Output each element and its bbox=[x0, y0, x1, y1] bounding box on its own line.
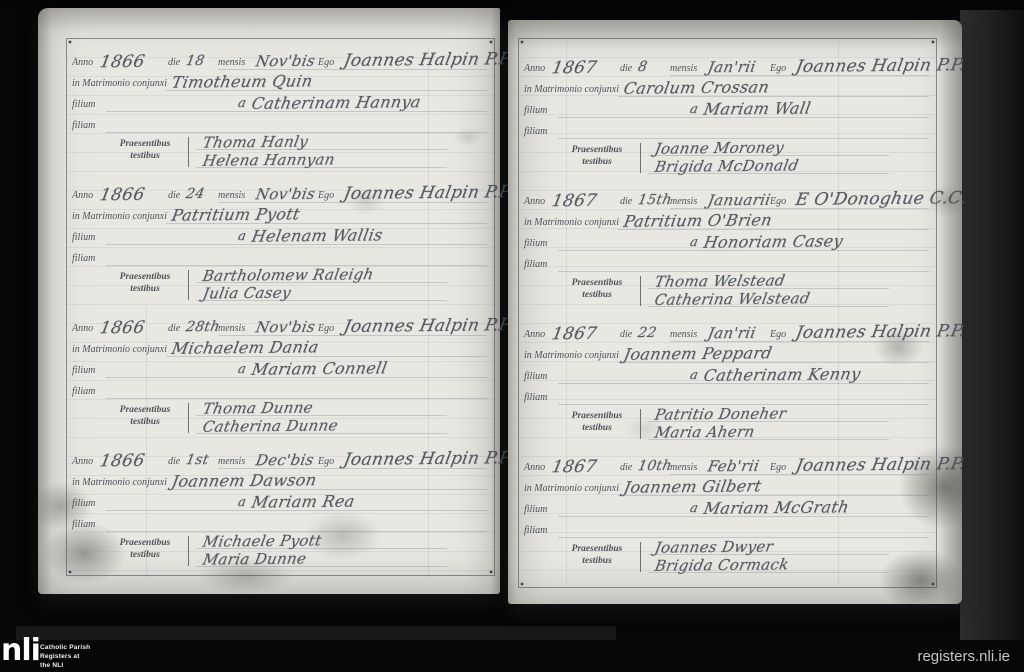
ruled-line bbox=[558, 537, 929, 538]
witness-brace bbox=[640, 409, 641, 439]
label-filium: filium bbox=[72, 498, 95, 509]
label-mensis: mensis bbox=[218, 456, 245, 467]
witness-brace bbox=[188, 403, 189, 433]
ruled-line bbox=[558, 138, 929, 139]
scanner-bed-band bbox=[960, 0, 1024, 640]
label-filium: filium bbox=[524, 504, 547, 515]
ruled-line bbox=[166, 356, 487, 357]
label-praesentibus: Praesentibus bbox=[572, 278, 623, 288]
label-in-matrimonio-conjunxi: in Matrimonio conjunxi bbox=[72, 211, 167, 222]
label-die: die bbox=[168, 57, 180, 68]
ruled-line bbox=[218, 335, 487, 336]
label-mensis: mensis bbox=[670, 196, 697, 207]
entry-day: 15th bbox=[638, 192, 672, 208]
entry-a: a bbox=[238, 362, 246, 377]
register-page-right: Anno 1867 die 8 mensis Jan'rii Ego Joann… bbox=[508, 20, 962, 604]
ruled-line bbox=[618, 229, 929, 230]
entry-groom: Patritium O'Brien bbox=[624, 211, 772, 230]
label-in-matrimonio-conjunxi: in Matrimonio conjunxi bbox=[524, 350, 619, 361]
ruled-line bbox=[648, 572, 889, 573]
label-filiam: filiam bbox=[72, 519, 95, 530]
ruled-line bbox=[618, 362, 929, 363]
entry-day: 10th bbox=[638, 458, 672, 474]
entry-groom: Patritium Pyott bbox=[172, 205, 300, 224]
ruled-line bbox=[106, 377, 487, 378]
entry-month: Dec'bis bbox=[256, 451, 314, 469]
ruled-line bbox=[618, 495, 929, 496]
ruled-line bbox=[648, 173, 889, 174]
entry-bride: Honoriam Casey bbox=[704, 232, 843, 251]
label-mensis: mensis bbox=[670, 462, 697, 473]
ruled-line bbox=[196, 282, 447, 283]
entry-a: a bbox=[690, 102, 698, 117]
entry-year: 1867 bbox=[552, 457, 596, 477]
nli-logo: nli bbox=[1, 637, 40, 665]
entry-groom: Joannem Dawson bbox=[172, 471, 316, 490]
ruled-line bbox=[196, 415, 447, 416]
entry-priest: E O'Donoghue C.C. bbox=[796, 189, 966, 209]
entry-year: 1867 bbox=[552, 191, 596, 211]
label-die: die bbox=[620, 63, 632, 74]
label-mensis: mensis bbox=[218, 57, 245, 68]
label-filiam: filiam bbox=[72, 120, 95, 131]
entry-year: 1866 bbox=[100, 318, 144, 338]
ruled-line bbox=[558, 516, 929, 517]
ruled-line bbox=[106, 132, 487, 133]
entry-bride: Mariam Connell bbox=[252, 359, 387, 378]
label-anno: Anno bbox=[524, 63, 545, 74]
ruled-line bbox=[166, 489, 487, 490]
ruled-line bbox=[670, 341, 929, 342]
entry-groom: Carolum Crossan bbox=[624, 78, 769, 97]
label-praesentibus-testibus: Praesentibus testibus bbox=[560, 410, 634, 435]
register-entry: Anno 1866 die 18 mensis Nov'bis Ego Joan… bbox=[70, 52, 491, 178]
ruled-line bbox=[648, 439, 889, 440]
entry-bride: Mariam Rea bbox=[252, 492, 355, 511]
label-in-matrimonio-conjunxi: in Matrimonio conjunxi bbox=[72, 477, 167, 488]
label-ego: Ego bbox=[318, 323, 334, 334]
label-filiam: filiam bbox=[524, 126, 547, 137]
witness-brace bbox=[188, 137, 189, 167]
register-entry: Anno 1867 die 10th mensis Feb'rii Ego Jo… bbox=[522, 457, 933, 583]
register-entry: Anno 1867 die 15th mensis Januarii Ego E… bbox=[522, 191, 933, 317]
ruled-line bbox=[106, 398, 487, 399]
label-filiam: filiam bbox=[524, 525, 547, 536]
label-in-matrimonio-conjunxi: in Matrimonio conjunxi bbox=[72, 78, 167, 89]
entry-bride: Catherinam Kenny bbox=[704, 365, 860, 384]
ruled-line bbox=[196, 566, 447, 567]
ruled-line bbox=[618, 96, 929, 97]
ruled-line bbox=[196, 433, 447, 434]
ruled-line bbox=[106, 244, 487, 245]
entry-month: Jan'rii bbox=[708, 58, 756, 76]
ruled-line bbox=[218, 69, 487, 70]
entry-a: a bbox=[238, 229, 246, 244]
entry-a: a bbox=[690, 501, 698, 516]
register-entry: Anno 1866 die 1st mensis Dec'bis Ego Joa… bbox=[70, 451, 491, 577]
witness-brace bbox=[188, 536, 189, 566]
label-filium: filium bbox=[524, 105, 547, 116]
entry-day: 18 bbox=[186, 53, 204, 69]
register-entry: Anno 1867 die 22 mensis Jan'rii Ego Joan… bbox=[522, 324, 933, 450]
witness-brace bbox=[640, 143, 641, 173]
label-mensis: mensis bbox=[218, 323, 245, 334]
entry-month: Januarii bbox=[708, 191, 770, 209]
label-praesentibus: Praesentibus bbox=[120, 538, 171, 548]
entry-month: Jan'rii bbox=[708, 324, 756, 342]
label-praesentibus-testibus: Praesentibus testibus bbox=[108, 537, 182, 562]
entry-priest: Joannes Halpin P.P. bbox=[344, 183, 513, 203]
label-anno: Anno bbox=[72, 57, 93, 68]
label-ego: Ego bbox=[318, 190, 334, 201]
ruled-line bbox=[558, 404, 929, 405]
label-anno: Anno bbox=[72, 323, 93, 334]
label-praesentibus: Praesentibus bbox=[572, 145, 623, 155]
ruled-line bbox=[218, 468, 487, 469]
label-praesentibus-testibus: Praesentibus testibus bbox=[560, 543, 634, 568]
witness-brace bbox=[640, 542, 641, 572]
entry-month: Nov'bis bbox=[256, 52, 315, 70]
ruled-line bbox=[670, 75, 929, 76]
entry-priest: Joannes Halpin P.P. bbox=[796, 56, 965, 76]
label-mensis: mensis bbox=[670, 329, 697, 340]
label-filium: filium bbox=[72, 365, 95, 376]
label-testibus: testibus bbox=[582, 157, 612, 167]
entry-a: a bbox=[690, 235, 698, 250]
label-filium: filium bbox=[524, 371, 547, 382]
witness-brace bbox=[188, 270, 189, 300]
label-in-matrimonio-conjunxi: in Matrimonio conjunxi bbox=[524, 217, 619, 228]
label-praesentibus-testibus: Praesentibus testibus bbox=[108, 404, 182, 429]
label-praesentibus: Praesentibus bbox=[572, 411, 623, 421]
register-entry: Anno 1867 die 8 mensis Jan'rii Ego Joann… bbox=[522, 58, 933, 184]
register-entry: Anno 1866 die 24 mensis Nov'bis Ego Joan… bbox=[70, 185, 491, 311]
label-anno: Anno bbox=[72, 456, 93, 467]
label-testibus: testibus bbox=[582, 290, 612, 300]
ruled-line bbox=[166, 90, 487, 91]
label-mensis: mensis bbox=[670, 63, 697, 74]
register-entry: Anno 1866 die 28th mensis Nov'bis Ego Jo… bbox=[70, 318, 491, 444]
label-die: die bbox=[620, 196, 632, 207]
ruled-line bbox=[196, 149, 447, 150]
entry-month: Nov'bis bbox=[256, 185, 315, 203]
label-die: die bbox=[168, 323, 180, 334]
ruled-line bbox=[558, 271, 929, 272]
entries-left: Anno 1866 die 18 mensis Nov'bis Ego Joan… bbox=[70, 52, 491, 584]
entry-day: 28th bbox=[186, 319, 220, 335]
entry-priest: Joannes Halpin P.P. bbox=[344, 50, 513, 70]
label-anno: Anno bbox=[524, 196, 545, 207]
entry-month: Nov'bis bbox=[256, 318, 315, 336]
ruled-line bbox=[648, 554, 889, 555]
label-testibus: testibus bbox=[130, 284, 160, 294]
ruled-line bbox=[106, 531, 487, 532]
label-anno: Anno bbox=[524, 329, 545, 340]
caption-line: the NLI bbox=[40, 662, 90, 671]
label-in-matrimonio-conjunxi: in Matrimonio conjunxi bbox=[524, 483, 619, 494]
ruled-line bbox=[648, 155, 889, 156]
label-testibus: testibus bbox=[582, 556, 612, 566]
label-in-matrimonio-conjunxi: in Matrimonio conjunxi bbox=[72, 344, 167, 355]
label-die: die bbox=[620, 462, 632, 473]
ruled-line bbox=[106, 111, 487, 112]
entry-a: a bbox=[238, 96, 246, 111]
ruled-line bbox=[558, 250, 929, 251]
label-praesentibus: Praesentibus bbox=[572, 544, 623, 554]
label-praesentibus: Praesentibus bbox=[120, 272, 171, 282]
ruled-line bbox=[648, 288, 889, 289]
label-filiam: filiam bbox=[72, 386, 95, 397]
register-page-left: Anno 1866 die 18 mensis Nov'bis Ego Joan… bbox=[38, 8, 500, 594]
ruled-line bbox=[218, 202, 487, 203]
label-ego: Ego bbox=[318, 57, 334, 68]
label-filiam: filiam bbox=[524, 392, 547, 403]
entry-bride: Mariam McGrath bbox=[704, 498, 849, 517]
label-praesentibus-testibus: Praesentibus testibus bbox=[108, 271, 182, 296]
label-filiam: filiam bbox=[72, 253, 95, 264]
entry-bride: Mariam Wall bbox=[704, 99, 811, 118]
label-anno: Anno bbox=[72, 190, 93, 201]
entry-groom: Joannem Gilbert bbox=[624, 477, 761, 496]
ruled-line bbox=[196, 548, 447, 549]
entry-year: 1866 bbox=[100, 185, 144, 205]
entry-day: 24 bbox=[186, 186, 204, 202]
label-filium: filium bbox=[524, 238, 547, 249]
label-filium: filium bbox=[72, 232, 95, 243]
entry-year: 1867 bbox=[552, 58, 596, 78]
entry-priest: Joannes Halpin P.P. bbox=[796, 322, 965, 342]
witness-brace bbox=[640, 276, 641, 306]
label-testibus: testibus bbox=[130, 550, 160, 560]
entry-groom: Michaelem Dania bbox=[172, 338, 318, 357]
entry-year: 1866 bbox=[100, 451, 144, 471]
label-filiam: filiam bbox=[524, 259, 547, 270]
ruled-line bbox=[558, 117, 929, 118]
entry-day: 22 bbox=[638, 325, 656, 341]
ruled-line bbox=[670, 474, 929, 475]
entry-priest: Joannes Halpin P.P. bbox=[796, 455, 965, 475]
entry-groom: Joannem Peppard bbox=[624, 344, 772, 363]
ruled-line bbox=[106, 510, 487, 511]
label-ego: Ego bbox=[770, 196, 786, 207]
entry-groom: Timotheum Quin bbox=[172, 72, 312, 91]
label-ego: Ego bbox=[770, 462, 786, 473]
label-testibus: testibus bbox=[130, 151, 160, 161]
label-ego: Ego bbox=[770, 329, 786, 340]
label-praesentibus-testibus: Praesentibus testibus bbox=[560, 144, 634, 169]
label-filium: filium bbox=[72, 99, 95, 110]
label-die: die bbox=[620, 329, 632, 340]
ruled-line bbox=[196, 300, 447, 301]
entry-a: a bbox=[238, 495, 246, 510]
nli-logo-caption: Catholic Parish Registers at the NLI bbox=[40, 644, 90, 670]
ruled-line bbox=[106, 265, 487, 266]
label-in-matrimonio-conjunxi: in Matrimonio conjunxi bbox=[524, 84, 619, 95]
site-watermark: registers.nli.ie bbox=[917, 648, 1010, 665]
entry-priest: Joannes Halpin P.P. bbox=[344, 316, 513, 336]
label-anno: Anno bbox=[524, 462, 545, 473]
ruled-line bbox=[648, 306, 889, 307]
label-praesentibus-testibus: Praesentibus testibus bbox=[560, 277, 634, 302]
label-mensis: mensis bbox=[218, 190, 245, 201]
label-ego: Ego bbox=[318, 456, 334, 467]
ruled-line bbox=[558, 383, 929, 384]
label-die: die bbox=[168, 190, 180, 201]
entry-a: a bbox=[690, 368, 698, 383]
entry-day: 8 bbox=[638, 59, 647, 75]
scan-shadow-band bbox=[16, 626, 616, 640]
entry-year: 1867 bbox=[552, 324, 596, 344]
ruled-line bbox=[648, 421, 889, 422]
caption-line: Catholic Parish bbox=[40, 644, 90, 653]
label-testibus: testibus bbox=[130, 417, 160, 427]
entry-bride: Helenam Wallis bbox=[252, 226, 382, 245]
label-praesentibus: Praesentibus bbox=[120, 405, 171, 415]
ruled-line bbox=[166, 223, 487, 224]
entry-month: Feb'rii bbox=[708, 457, 759, 475]
entry-bride: Catherinam Hannya bbox=[252, 93, 421, 112]
label-testibus: testibus bbox=[582, 423, 612, 433]
entry-year: 1866 bbox=[100, 52, 144, 72]
ruled-line bbox=[670, 208, 929, 209]
ruled-line bbox=[196, 167, 447, 168]
label-die: die bbox=[168, 456, 180, 467]
label-praesentibus-testibus: Praesentibus testibus bbox=[108, 138, 182, 163]
caption-line: Registers at bbox=[40, 653, 90, 662]
entries-right: Anno 1867 die 8 mensis Jan'rii Ego Joann… bbox=[522, 58, 933, 594]
label-ego: Ego bbox=[770, 63, 786, 74]
entry-day: 1st bbox=[186, 452, 209, 468]
label-praesentibus: Praesentibus bbox=[120, 139, 171, 149]
entry-priest: Joannes Halpin P.P. bbox=[344, 449, 513, 469]
